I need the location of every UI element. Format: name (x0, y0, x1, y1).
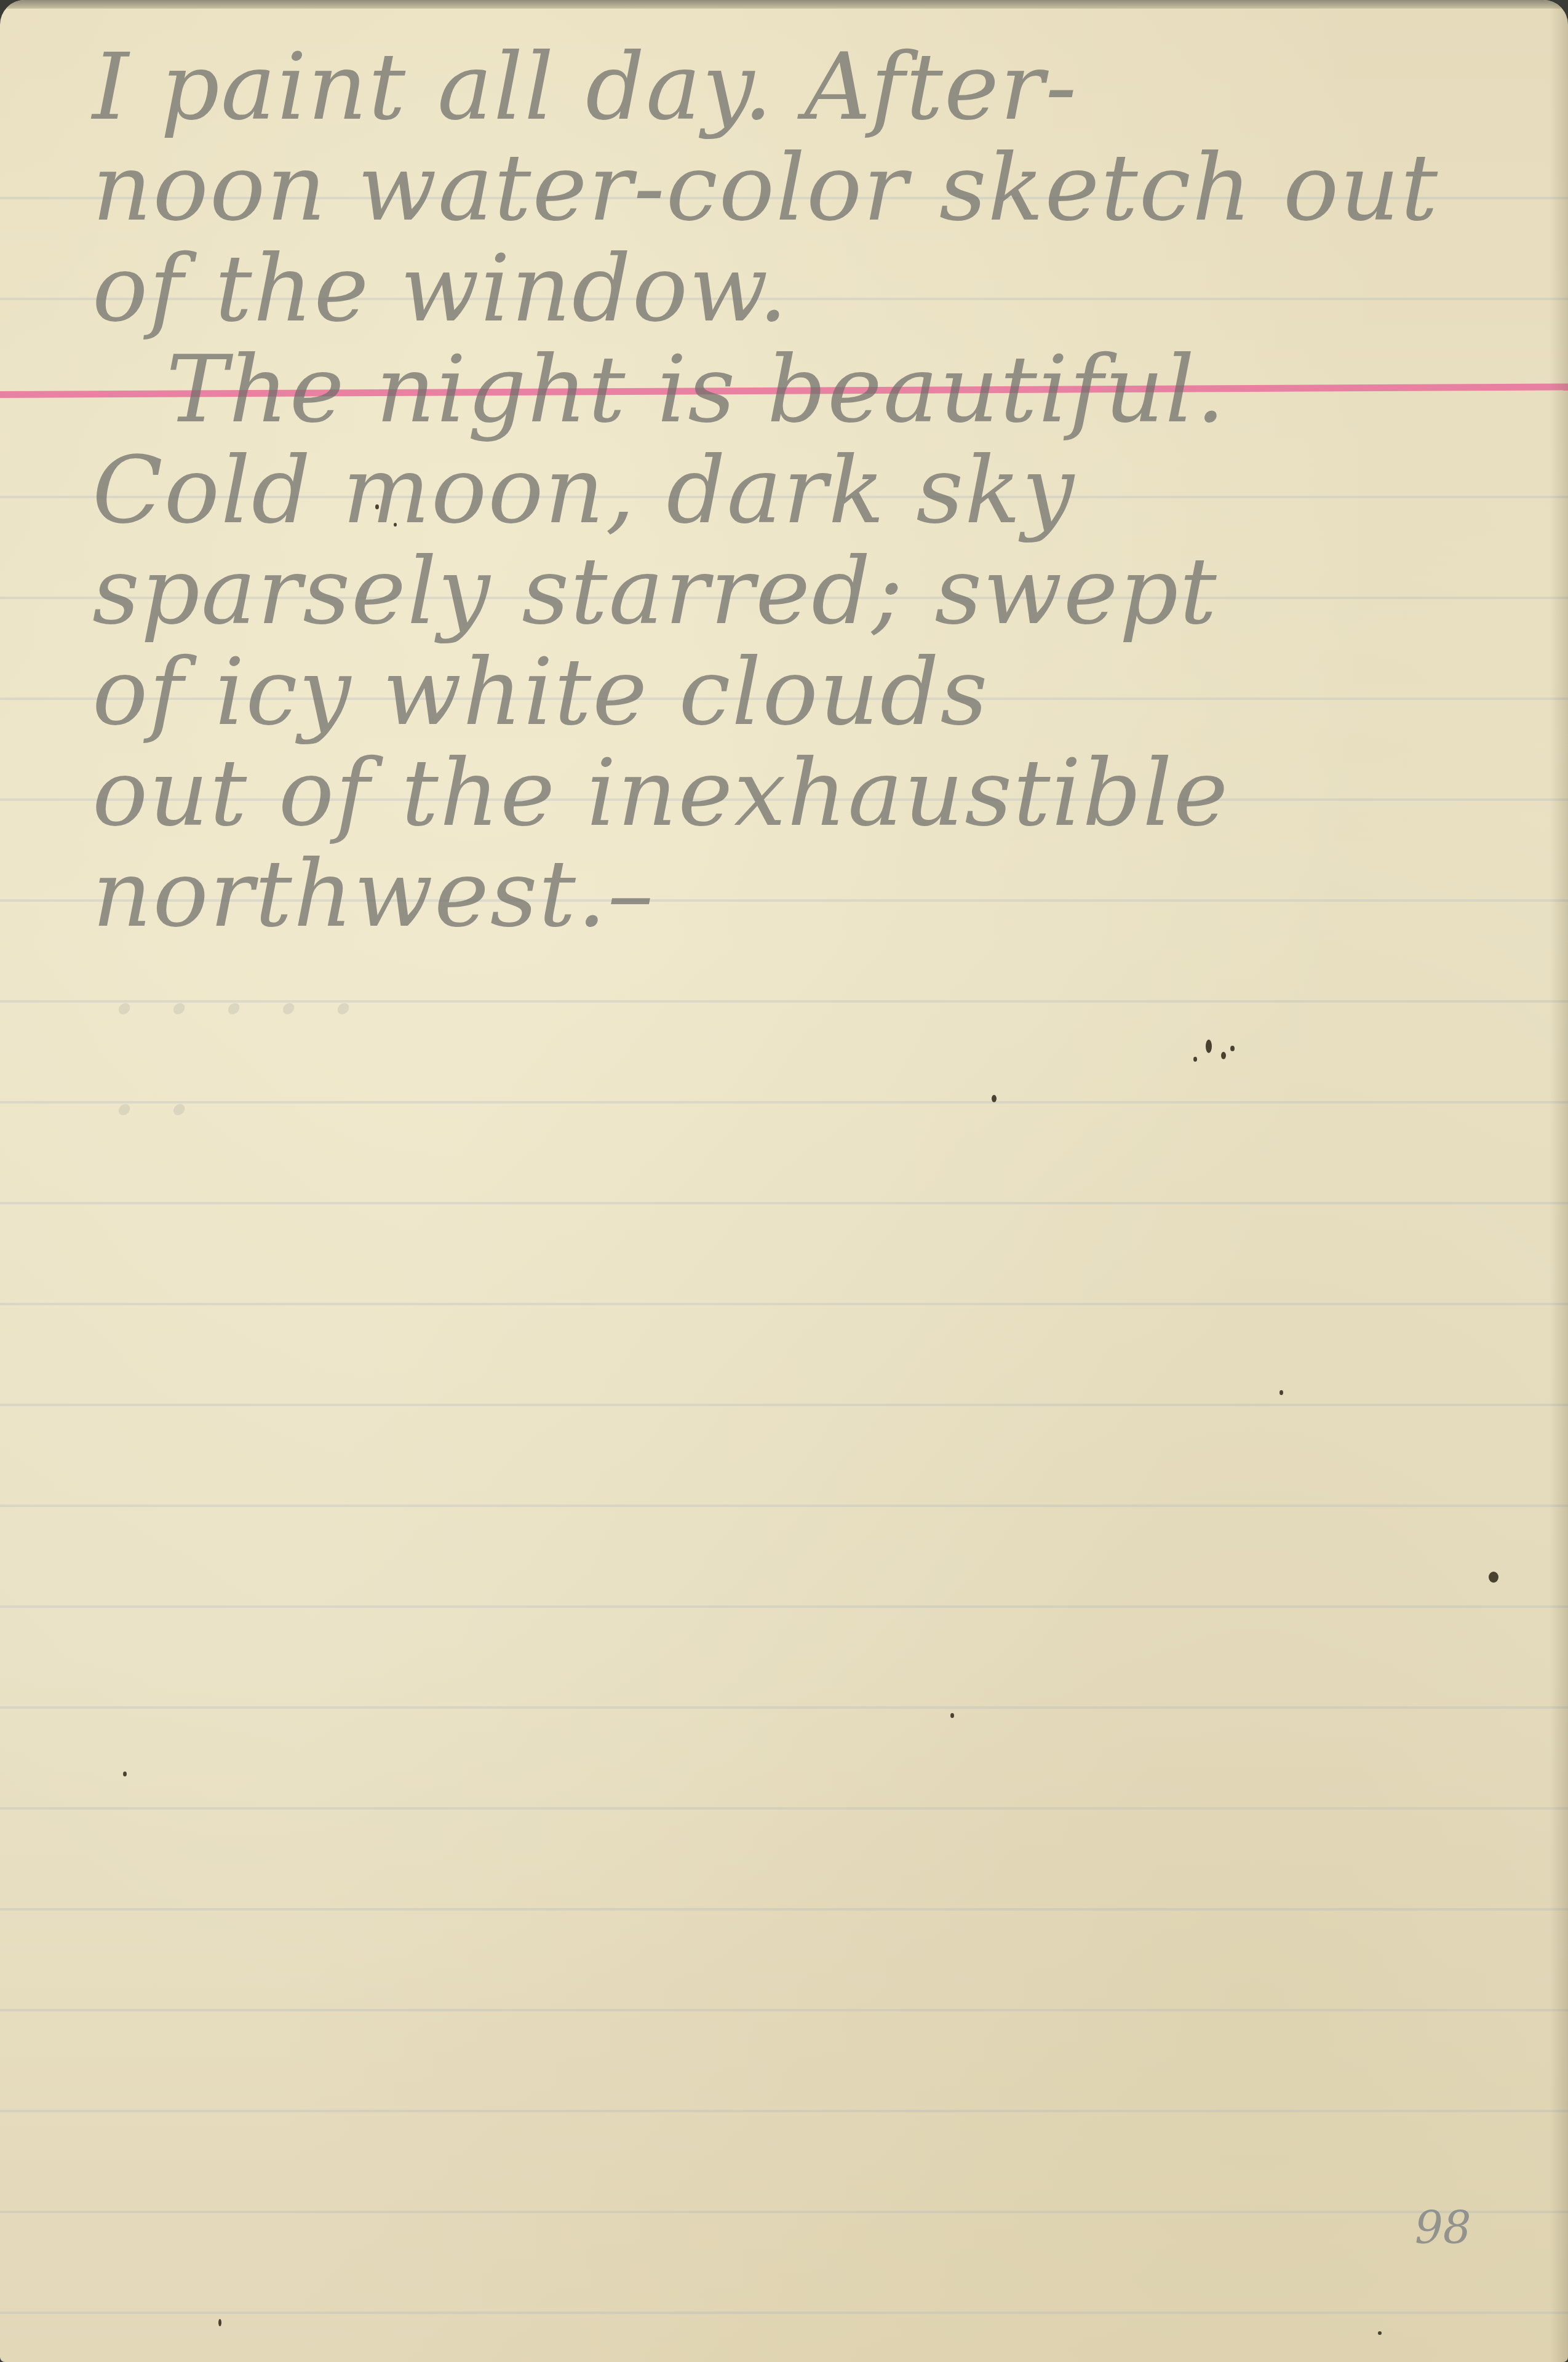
ruled-line (0, 1202, 1568, 1204)
ruled-line (0, 2110, 1568, 2112)
ruled-line (0, 1807, 1568, 1810)
paper-speck (123, 1771, 127, 1776)
text-line-4: The night is beautiful. (92, 340, 1538, 440)
bleed-through-marks: · · · · · · · (111, 960, 1526, 1161)
text-line-6: sparsely starred; swept (92, 541, 1538, 642)
ruled-line (0, 2211, 1568, 2213)
text-line-5: Cold moon, dark sky (92, 440, 1538, 541)
paper-speck (218, 2319, 221, 2326)
text-line-3: of the window. (92, 239, 1538, 340)
text-line-2: noon water-color sketch out (92, 138, 1538, 239)
text-line-9: northwest.– (92, 844, 1538, 945)
ruled-line (0, 2009, 1568, 2011)
paper-speck (1230, 1046, 1235, 1051)
text-line-8: out of the inexhaustible (92, 743, 1538, 844)
page-number: 98 (1415, 2202, 1471, 2254)
ruled-line (0, 1505, 1568, 1507)
page-right-edge (1550, 0, 1568, 2362)
paper-speck (1206, 1040, 1212, 1053)
notebook-page: I paint all day. After- noon water-color… (0, 0, 1568, 2362)
paper-speck (1193, 1057, 1197, 1062)
paper-speck (1489, 1572, 1498, 1583)
paper-speck (375, 504, 379, 509)
paper-speck (992, 1095, 997, 1102)
page-top-edge (0, 0, 1568, 9)
paper-speck (950, 1713, 954, 1718)
bleed-line-1: · · · · · (111, 960, 1526, 1060)
ruled-line (0, 1303, 1568, 1305)
paper-speck (1378, 2331, 1382, 2335)
ruled-line (0, 1706, 1568, 1709)
paper-speck (1279, 1390, 1283, 1395)
ruled-line (0, 1605, 1568, 1608)
ruled-line (0, 1404, 1568, 1406)
text-line-1: I paint all day. After- (92, 37, 1538, 138)
bleed-line-2: · · (111, 1060, 1526, 1161)
ruled-line (0, 1908, 1568, 1911)
handwritten-entry: I paint all day. After- noon water-color… (92, 37, 1538, 945)
text-line-7: of icy white clouds (92, 642, 1538, 743)
paper-speck (1221, 1052, 1226, 1059)
ruled-line (0, 2312, 1568, 2314)
paper-speck (394, 523, 397, 527)
